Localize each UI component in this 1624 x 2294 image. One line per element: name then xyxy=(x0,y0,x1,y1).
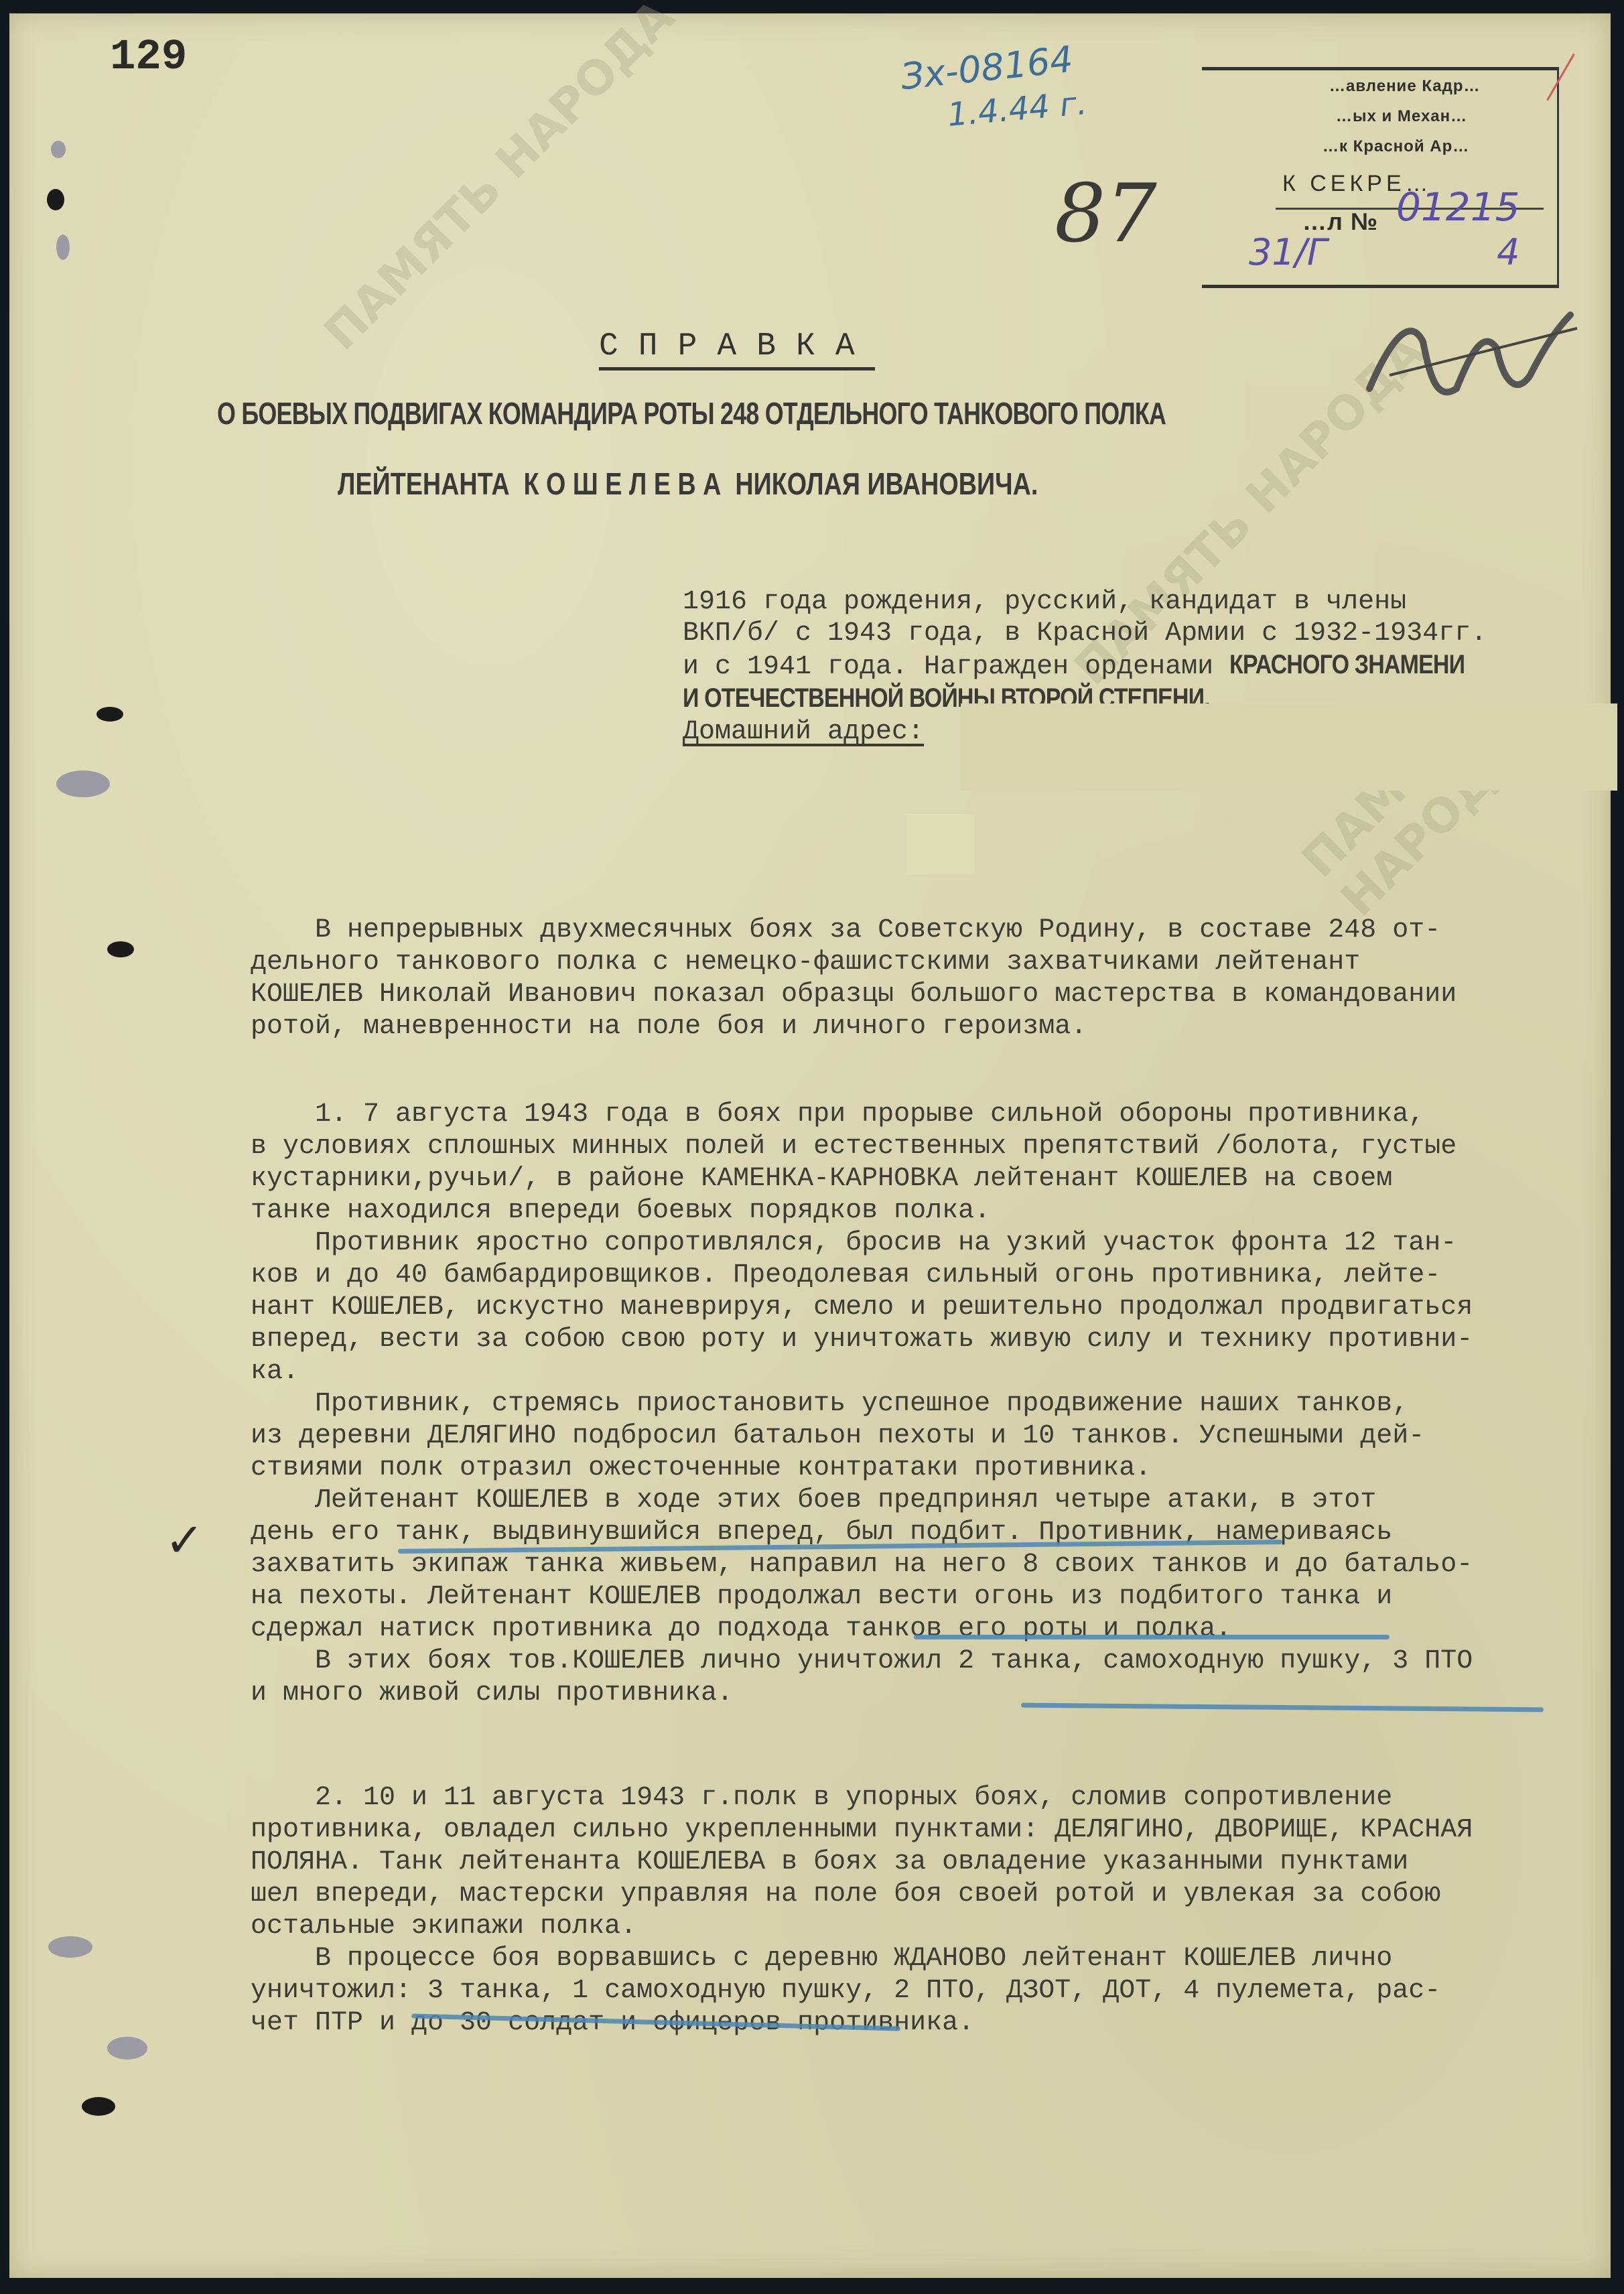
stamp-line: …ых и Механ… xyxy=(1336,107,1467,126)
punch-hole xyxy=(51,141,66,158)
punch-hole xyxy=(96,707,123,722)
punch-hole xyxy=(82,2097,115,2116)
punch-hole xyxy=(56,234,70,260)
stamp-extra-value: 4 xyxy=(1497,231,1519,273)
punch-hole xyxy=(47,189,64,210)
punch-hole xyxy=(56,770,110,797)
checkmark-icon: ✓ xyxy=(165,1513,204,1568)
bio-line: 1916 года рождения, русский, кандидат в … xyxy=(683,587,1406,617)
intro-paragraph: В непрерывных двухмесячных боях за Совет… xyxy=(251,915,1457,1043)
punch-hole xyxy=(48,1936,92,1958)
redacted-patch xyxy=(907,814,974,874)
archive-date: 1.4.44 г. xyxy=(946,84,1088,134)
page-number: 129 xyxy=(110,33,187,82)
stamp-line: …авление Кадр… xyxy=(1329,77,1481,96)
redacted-address xyxy=(961,703,1617,791)
document-sheet: ПАМЯТЬ НАРОДА ПАМЯТЬ НАРОДА ПАМЯТЬ НАРОД… xyxy=(9,13,1611,2278)
punch-hole xyxy=(107,2037,147,2060)
document-title: СПРАВКА xyxy=(599,328,875,370)
bio-line: ВКП/б/ с 1943 года, в Красной Армии с 19… xyxy=(683,618,1487,649)
stamp-number-value: 01215 xyxy=(1396,184,1520,230)
punch-hole xyxy=(107,941,134,957)
home-address-label: Домашний адрес: xyxy=(683,717,924,747)
secret-stamp: …авление Кадр… …ых и Механ… …к Красной А… xyxy=(1202,67,1559,288)
signature-scribble-icon xyxy=(1349,301,1591,435)
stamp-line: …к Красной Ар… xyxy=(1323,137,1469,156)
person-name: ЛЕЙТЕНАНТА К О Ш Е Л Е В А НИКОЛАЯ ИВАНО… xyxy=(338,466,1038,502)
bio-line-caps: КРАСНОГО ЗНАМЕНИ xyxy=(1229,649,1465,681)
document-subtitle: О БОЕВЫХ ПОДВИГАХ КОМАНДИРА РОТЫ 248 ОТД… xyxy=(217,395,1166,431)
stamp-date-value: 31/Г xyxy=(1249,231,1327,273)
section-1: 1. 7 августа 1943 года в боях при прорыв… xyxy=(251,1099,1473,1710)
sheet-number: 87 xyxy=(1055,167,1157,261)
bio-line: и с 1941 года. Награжден орденами xyxy=(683,652,1229,682)
watermark: ПАМЯТЬ НАРОДА xyxy=(314,0,685,360)
blue-underline xyxy=(914,1635,1390,1639)
section-2: 2. 10 и 11 августа 1943 г.полк в упорных… xyxy=(251,1782,1473,2039)
